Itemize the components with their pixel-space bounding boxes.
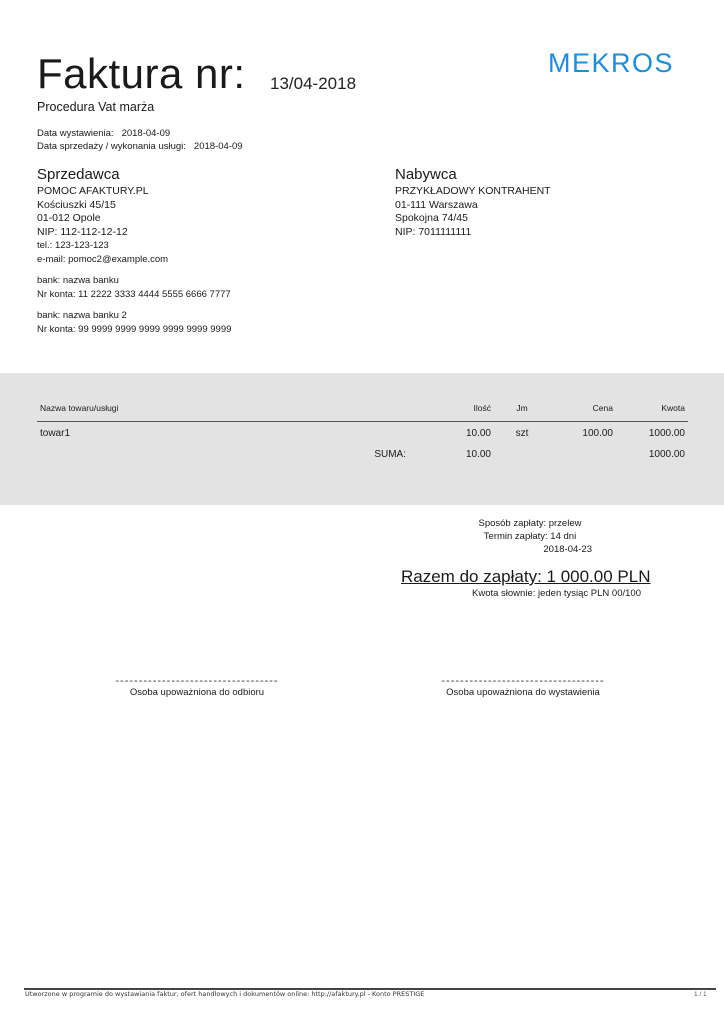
signature-issuer: ----------------------------------- Osob…	[393, 676, 653, 698]
item-unit: szt	[494, 422, 550, 444]
footer-text: Utworzone w programie do wystawiania fak…	[25, 990, 424, 998]
col-price: Cena	[550, 401, 616, 422]
item-amount: 1000.00	[616, 422, 688, 444]
signature-receiver: ----------------------------------- Osob…	[67, 676, 327, 698]
sale-date-row: Data sprzedaży / wykonania usługi:2018-0…	[37, 140, 243, 153]
signature-line: -----------------------------------	[67, 676, 327, 687]
invoice-dates: Data wystawienia:2018-04-09 Data sprzeda…	[37, 127, 243, 153]
seller-bank-2: bank: nazwa banku 2	[37, 309, 231, 323]
issue-date-label: Data wystawienia:	[37, 128, 114, 139]
issue-date: 2018-04-09	[122, 128, 171, 139]
sale-date: 2018-04-09	[194, 141, 243, 152]
sum-amount: 1000.00	[616, 443, 688, 464]
items-section: Nazwa towaru/usługi Ilość Jm Cena Kwota …	[0, 373, 724, 505]
col-amount: Kwota	[616, 401, 688, 422]
sum-row: SUMA: 10.00 1000.00	[37, 443, 688, 464]
col-qty: Ilość	[428, 401, 494, 422]
item-qty: 10.00	[428, 422, 494, 444]
payment-term: Termin zapłaty: 14 dni	[440, 530, 620, 543]
seller-street: Kościuszki 45/15	[37, 199, 231, 213]
sale-date-label: Data sprzedaży / wykonania usługi:	[37, 141, 186, 152]
page-number: 1 / 1	[694, 991, 707, 998]
buyer-city: 01-111 Warszawa	[395, 199, 551, 213]
buyer-nip: NIP: 7011111111	[395, 226, 551, 240]
seller-heading: Sprzedawca	[37, 166, 231, 184]
seller-block: Sprzedawca POMOC AFAKTURY.PL Kościuszki …	[37, 166, 231, 336]
payment-method: Sposób zapłaty: przelew	[440, 517, 620, 530]
buyer-block: Nabywca PRZYKŁADOWY KONTRAHENT 01-111 Wa…	[395, 166, 551, 239]
col-unit: Jm	[494, 401, 550, 422]
seller-bank-1: bank: nazwa banku	[37, 274, 231, 288]
seller-name: POMOC AFAKTURY.PL	[37, 185, 231, 199]
buyer-name: PRZYKŁADOWY KONTRAHENT	[395, 185, 551, 199]
seller-nip: NIP: 112-112-12-12	[37, 226, 231, 240]
signature-receiver-label: Osoba upoważniona do odbioru	[67, 687, 327, 698]
item-name: towar1	[37, 422, 428, 444]
invoice-title: Faktura nr:	[37, 50, 246, 98]
invoice-number: 13/04-2018	[270, 74, 356, 94]
seller-email: e-mail: pomoc2@example.com	[37, 253, 231, 267]
items-table: Nazwa towaru/usługi Ilość Jm Cena Kwota …	[37, 401, 688, 464]
seller-city: 01-012 Opole	[37, 212, 231, 226]
buyer-street: Spokojna 74/45	[395, 212, 551, 226]
items-header-row: Nazwa towaru/usługi Ilość Jm Cena Kwota	[37, 401, 688, 422]
total-due: Razem do zapłaty: 1 000.00 PLN	[401, 567, 650, 587]
seller-account-1: Nr konta: 11 2222 3333 4444 5555 6666 77…	[37, 288, 231, 302]
table-row: towar1 10.00 szt 100.00 1000.00	[37, 422, 688, 444]
seller-phone: tel.: 123-123-123	[37, 239, 231, 253]
item-price: 100.00	[550, 422, 616, 444]
vat-procedure: Procedura Vat marża	[37, 100, 154, 114]
signature-issuer-label: Osoba upoważniona do wystawienia	[393, 687, 653, 698]
amount-in-words: Kwota słownie: jeden tysiąc PLN 00/100	[472, 588, 641, 599]
buyer-heading: Nabywca	[395, 166, 551, 184]
signature-line: -----------------------------------	[393, 676, 653, 687]
payment-due-date: 2018-04-23	[440, 543, 620, 556]
company-logo: MEKROS	[548, 48, 674, 79]
issue-date-row: Data wystawienia:2018-04-09	[37, 127, 243, 140]
sum-qty: 10.00	[428, 443, 494, 464]
sum-label: SUMA:	[37, 443, 428, 464]
col-name: Nazwa towaru/usługi	[37, 401, 428, 422]
payment-info: Sposób zapłaty: przelew Termin zapłaty: …	[440, 517, 620, 556]
seller-account-2: Nr konta: 99 9999 9999 9999 9999 9999 99…	[37, 323, 231, 337]
